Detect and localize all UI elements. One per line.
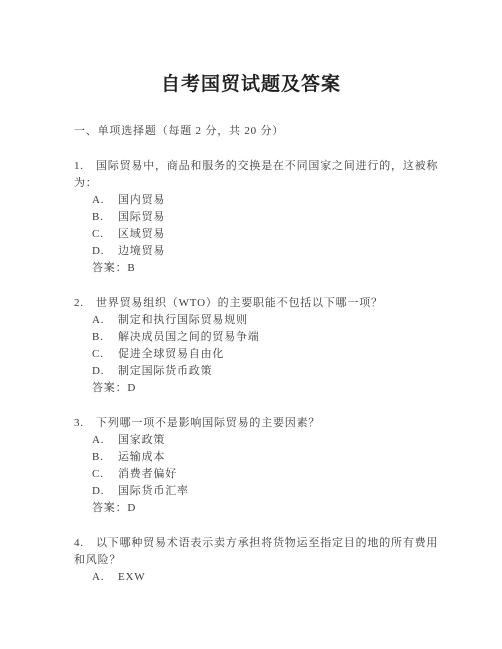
option-label: B.: [92, 209, 118, 226]
option-text: 制定国际货币政策: [118, 365, 212, 377]
question-text-line: 下列哪一项不是影响国际贸易的主要因素？: [96, 415, 320, 432]
option-text: 国际贸易: [118, 211, 165, 223]
question-text-line: 以下哪种贸易术语表示卖方承担将货物运至指定目的地的所有费用: [96, 535, 438, 552]
option-label: C.: [92, 466, 118, 483]
question-number: 1.: [74, 158, 96, 175]
option-item: A.EXW: [74, 569, 446, 586]
option-label: A.: [92, 569, 118, 586]
option-item: C.区域贸易: [74, 226, 446, 243]
document-title: 自考国贸试题及答案: [0, 72, 502, 98]
question-block-2: 2. 世界贸易组织（WTO）的主要职能不包括以下哪一项？ A.制定和执行国际贸易…: [74, 295, 446, 397]
option-text: 国际货币汇率: [118, 485, 189, 497]
option-text: 区域贸易: [118, 228, 165, 240]
document-body: 一、单项选择题（每题 2 分，共 20 分） 1. 国际贸易中，商品和服务的交换…: [0, 123, 502, 586]
option-label: A.: [92, 192, 118, 209]
question-text: 4. 以下哪种贸易术语表示卖方承担将货物运至指定目的地的所有费用: [74, 535, 446, 552]
option-text: 消费者偏好: [118, 468, 177, 480]
question-text-line: 世界贸易组织（WTO）的主要职能不包括以下哪一项？: [96, 295, 383, 312]
option-text: EXW: [118, 571, 145, 583]
question-number: 2.: [74, 295, 96, 312]
option-item: D.国际货币汇率: [74, 483, 446, 500]
question-text-line: 国际贸易中，商品和服务的交换是在不同国家之间进行的，这被称: [96, 158, 438, 175]
question-number: 4.: [74, 535, 96, 552]
question-text-line: 为：: [74, 175, 446, 192]
question-block-1: 1. 国际贸易中，商品和服务的交换是在不同国家之间进行的，这被称 为： A.国内…: [74, 158, 446, 277]
question-text: 3. 下列哪一项不是影响国际贸易的主要因素？: [74, 415, 446, 432]
option-text: 解决成员国之间的贸易争端: [118, 331, 260, 343]
answer-line: 答案：D: [74, 380, 446, 397]
question-text-line: 和风险？: [74, 552, 446, 569]
question-block-4: 4. 以下哪种贸易术语表示卖方承担将货物运至指定目的地的所有费用 和风险？ A.…: [74, 535, 446, 586]
option-item: A.国内贸易: [74, 192, 446, 209]
option-label: A.: [92, 432, 118, 449]
option-text: 国内贸易: [118, 194, 165, 206]
section-heading: 一、单项选择题（每题 2 分，共 20 分）: [74, 123, 446, 140]
option-text: 运输成本: [118, 451, 165, 463]
answer-line: 答案：B: [74, 260, 446, 277]
answer-line: 答案：D: [74, 500, 446, 517]
option-item: D.制定国际货币政策: [74, 363, 446, 380]
option-label: A.: [92, 312, 118, 329]
question-number: 3.: [74, 415, 96, 432]
option-item: D.边境贸易: [74, 243, 446, 260]
option-label: B.: [92, 329, 118, 346]
option-text: 制定和执行国际贸易规则: [118, 314, 248, 326]
option-label: D.: [92, 483, 118, 500]
option-item: B.运输成本: [74, 449, 446, 466]
question-block-3: 3. 下列哪一项不是影响国际贸易的主要因素？ A.国家政策 B.运输成本 C.消…: [74, 415, 446, 517]
option-item: B.国际贸易: [74, 209, 446, 226]
question-text: 1. 国际贸易中，商品和服务的交换是在不同国家之间进行的，这被称: [74, 158, 446, 175]
question-text: 2. 世界贸易组织（WTO）的主要职能不包括以下哪一项？: [74, 295, 446, 312]
option-label: D.: [92, 243, 118, 260]
option-item: C.促进全球贸易自由化: [74, 346, 446, 363]
option-item: A.制定和执行国际贸易规则: [74, 312, 446, 329]
option-label: D.: [92, 363, 118, 380]
option-label: C.: [92, 226, 118, 243]
option-item: A.国家政策: [74, 432, 446, 449]
option-label: B.: [92, 449, 118, 466]
option-text: 促进全球贸易自由化: [118, 348, 224, 360]
option-item: C.消费者偏好: [74, 466, 446, 483]
option-text: 边境贸易: [118, 245, 165, 257]
option-item: B.解决成员国之间的贸易争端: [74, 329, 446, 346]
option-label: C.: [92, 346, 118, 363]
option-text: 国家政策: [118, 434, 165, 446]
document-page: 自考国贸试题及答案 一、单项选择题（每题 2 分，共 20 分） 1. 国际贸易…: [0, 0, 502, 649]
